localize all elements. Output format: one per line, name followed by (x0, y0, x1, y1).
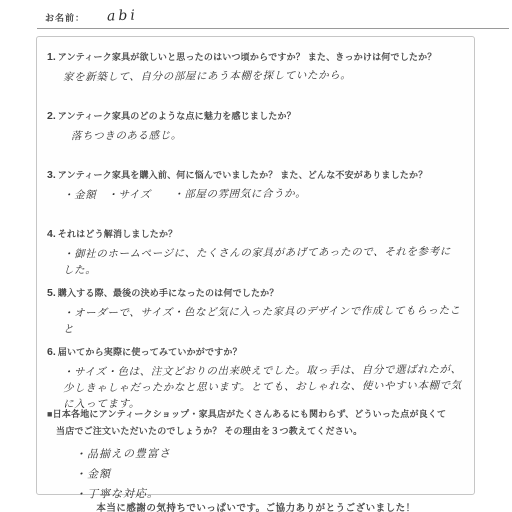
question-number: 3. (47, 169, 56, 181)
handwritten-answer: 落ちつきのある感じ。 (71, 126, 462, 145)
question-head: 3. アンティーク家具を購入前、何に悩んでいましたか？ また、どんな不安がありま… (47, 168, 466, 181)
reasons-list: ・品揃えの豊富さ ・金額 ・丁寧な対応。 (47, 443, 466, 503)
questionnaire-page: お名前： abi 1. アンティーク家具が欲しいと思ったのはいつ頃からですか？ … (0, 0, 512, 512)
question-number: 1. (47, 51, 56, 63)
question-text: それはどう解消しましたか？ (58, 227, 178, 240)
handwritten-answer: ・御社のホームページに、たくさんの家具があげてあったので、それを参考にした。 (63, 244, 462, 279)
final-question-text-line2: 当店でご注文いただいたのでしょうか？ その理由を３つ教えてください。 (56, 424, 466, 437)
handwritten-answer: ・サイズ・色は、注文どおりの出来映えでした。取っ手は、自分で選ばれたが、少しきゃ… (63, 362, 462, 413)
question-text: 購入する際、最後の決め手になったのは何でしたか？ (58, 286, 279, 299)
question-head: 4. それはどう解消しましたか？ (47, 227, 466, 240)
survey-box: 1. アンティーク家具が欲しいと思ったのはいつ頃からですか？ また、きっかけは何… (36, 36, 475, 495)
question-item-4: 4. それはどう解消しましたか？ ・御社のホームページに、たくさんの家具があげて… (47, 227, 466, 286)
question-head: 5. 購入する際、最後の決め手になったのは何でしたか？ (47, 286, 466, 299)
name-field: お名前： abi (37, 8, 509, 29)
question-number: 2. (47, 110, 56, 122)
question-head: 2. アンティーク家具のどのような点に魅力を感じましたか？ (47, 109, 466, 122)
handwritten-answer: ・金額 ・サイズ ・部屋の雰囲気に合うか。 (63, 185, 462, 204)
question-text: 届いてから実際に使ってみていかがですか？ (58, 345, 242, 358)
handwritten-answer: 家を新築して、自分の部屋にあう本棚を探していたから。 (63, 67, 462, 86)
question-item-3: 3. アンティーク家具を購入前、何に悩んでいましたか？ また、どんな不安がありま… (47, 168, 466, 227)
question-number: 5. (47, 287, 56, 299)
name-field-label: お名前： (37, 8, 85, 24)
question-head: 1. アンティーク家具が欲しいと思ったのはいつ頃からですか？ また、きっかけは何… (47, 50, 466, 63)
question-text: アンティーク家具のどのような点に魅力を感じましたか？ (58, 109, 296, 122)
question-item-5: 5. 購入する際、最後の決め手になったのは何でしたか？ ・オーダーで、サイズ・色… (47, 286, 466, 345)
question-item-6: 6. 届いてから実際に使ってみていかがですか？ ・サイズ・色は、注文どおりの出来… (47, 345, 466, 407)
question-number: 4. (47, 228, 56, 240)
reason-item: ・丁寧な対応。 (75, 481, 466, 504)
name-field-value: abi (107, 7, 138, 24)
question-number: 6. (47, 346, 56, 358)
question-text: アンティーク家具が欲しいと思ったのはいつ頃からですか？ また、きっかけは何でした… (58, 50, 437, 63)
handwritten-answer: ・オーダーで、サイズ・色など気に入った家具のデザインで作成してもらったこと (63, 303, 462, 338)
final-question: ■日本各地にアンティークショップ・家具店がたくさんあるにも関わらず、どういった点… (47, 407, 466, 503)
question-text: アンティーク家具を購入前、何に悩んでいましたか？ また、どんな不安がありましたか… (58, 168, 428, 181)
question-item-2: 2. アンティーク家具のどのような点に魅力を感じましたか？ 落ちつきのある感じ。 (47, 109, 466, 168)
question-head: 6. 届いてから実際に使ってみていかがですか？ (47, 345, 466, 358)
question-item-1: 1. アンティーク家具が欲しいと思ったのはいつ頃からですか？ また、きっかけは何… (47, 50, 466, 109)
